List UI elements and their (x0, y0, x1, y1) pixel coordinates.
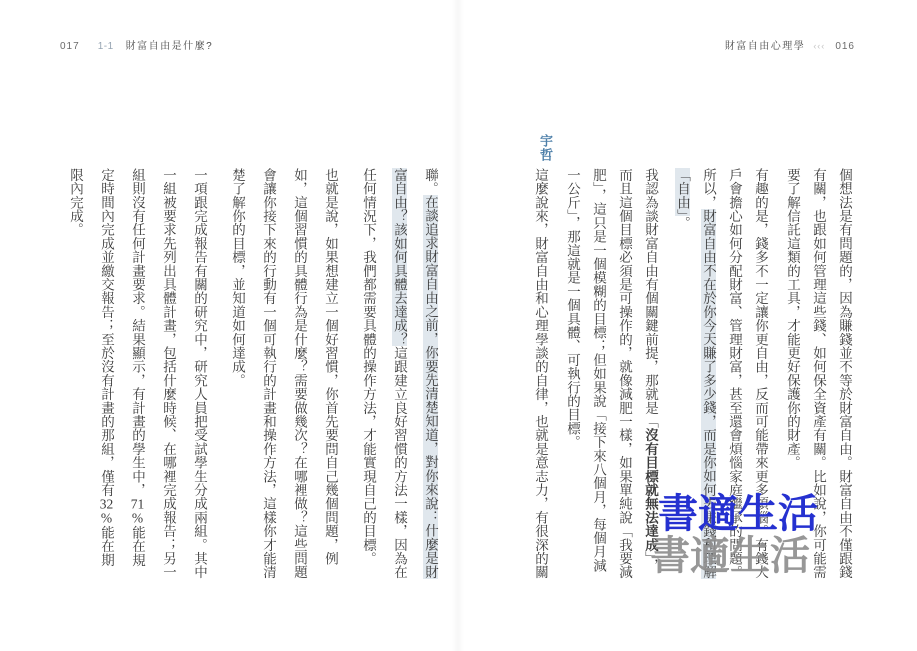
paragraph: 一項跟完成報告有關的研究中，研究人員把受試學生分成兩組。其中一組被要求先列出具體… (60, 168, 215, 580)
paragraph: 有趣的是，錢多不一定讓你更自由，反而可能帶來更多煩惱。有錢大戶會擔心如何分配財富… (669, 168, 773, 580)
paragraph: 我認為談財富自由有個關鍵前提，那就是「沒有目標就無法達成」，而且這個目標必須是可… (559, 168, 663, 580)
text-run: % (99, 510, 114, 525)
page-right-text-block: 個想法是有問題的，因為賺錢並不等於財富自由。財富自由不僅跟錢有關，也跟如何管理這… (531, 168, 857, 580)
book-spread: 017 1-1 財富自由是什麼? 財富自由心理學 ‹‹‹ 016 個想法是有問題… (0, 0, 917, 651)
text-run: 個想法是有問題的，因為賺錢並不等於財富自由。財富自由不僅跟錢有關，也跟如何管理這… (785, 168, 852, 579)
text-run: 我認為談財富自由有個關鍵前提，那就是「 (643, 168, 658, 428)
page-number-left: 017 (60, 41, 80, 52)
text-run: 也就是說，如果想建立一個好習慣，你首先要問自己幾個問題，例如，這個習慣的具體行為… (230, 168, 338, 579)
page-left-text-block: 聯。在談追求財富自由之前，你要先清楚知道，對你來說：什麼是財富自由？該如何具體去… (74, 168, 446, 580)
book-title: 財富自由心理學 (725, 37, 806, 52)
paragraph: 個想法是有問題的，因為賺錢並不等於財富自由。財富自由不僅跟錢有關，也跟如何管理這… (779, 168, 857, 580)
paragraph: 聯。在談追求財富自由之前，你要先清楚知道，對你來說：什麼是財富自由？該如何具體去… (353, 168, 446, 580)
page-number-right: 016 (835, 41, 855, 52)
section-number: 1-1 (98, 41, 114, 52)
text-run: 32 (99, 497, 114, 511)
chapter-title: 財富自由是什麼? (126, 37, 214, 52)
header-chevrons-icon: ‹‹‹ (813, 41, 825, 51)
text-run: 這麼說來，財富自由和心理學談的自律，也就是意志力，有很深的關 (533, 168, 548, 579)
paragraph: 這麼說來，財富自由和心理學談的自律，也就是意志力，有很深的關 (527, 168, 553, 580)
bold-text-run: 沒有目標就無法達成 (643, 428, 658, 551)
text-run: 聯。 (423, 168, 438, 195)
paragraph: 也就是說，如果想建立一個好習慣，你首先要問自己幾個問題，例如，這個習慣的具體行為… (222, 168, 346, 580)
text-run: 71 (130, 497, 145, 511)
header-right: 財富自由心理學 ‹‹‹ 016 (725, 37, 855, 52)
text-run: 。 (675, 216, 690, 230)
page-spine (452, 0, 464, 651)
text-run: % (130, 510, 145, 525)
header-left: 017 1-1 財富自由是什麼? (60, 37, 213, 52)
speaker-label: 宇哲 (536, 134, 555, 162)
